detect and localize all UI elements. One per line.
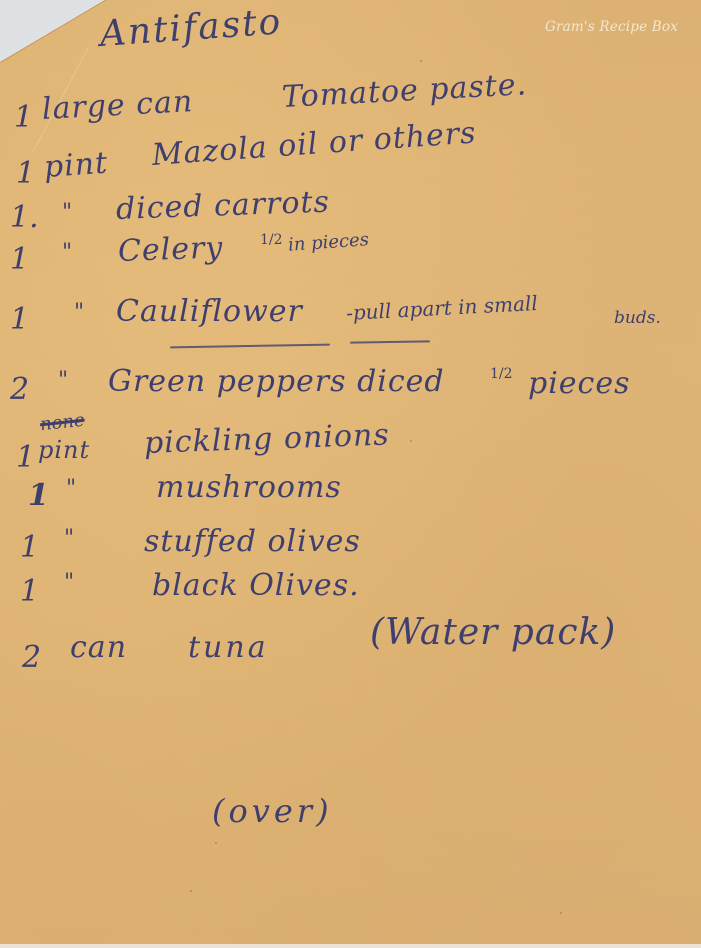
- ingredient-unit: can: [70, 630, 127, 665]
- ditto-mark: ": [62, 200, 72, 225]
- ingredient-unit: pint: [38, 436, 90, 464]
- ingredient-item: Cauliflower: [116, 294, 303, 329]
- over-note: (over): [212, 792, 333, 830]
- ingredient-note: (Water pack): [370, 612, 616, 653]
- paper-speck: [190, 890, 192, 892]
- ditto-mark: ": [66, 476, 76, 501]
- card-bottom-edge: [0, 944, 701, 948]
- ditto-mark: ": [64, 570, 74, 595]
- ingredient-qty: 2: [10, 372, 29, 407]
- ingredient-qty: 1: [28, 478, 49, 513]
- ingredient-item: mushrooms: [156, 470, 342, 505]
- ingredient-qty: 1: [16, 440, 35, 475]
- paper-speck: [560, 912, 562, 914]
- ditto-mark: ": [62, 240, 72, 265]
- paper-speck: [410, 440, 412, 442]
- ingredient-item: Celery: [117, 230, 224, 269]
- ingredient-note: pieces: [528, 366, 631, 401]
- ditto-mark: ": [64, 526, 74, 551]
- ingredient-item: diced carrots: [115, 185, 330, 227]
- watermark: Gram's Recipe Box: [545, 19, 678, 35]
- fraction: 1/2: [490, 368, 513, 380]
- ingredient-item: tuna: [188, 630, 269, 665]
- ditto-mark: ": [58, 368, 68, 393]
- ingredient-qty: 1: [14, 100, 33, 135]
- ingredient-item: Green peppers diced: [108, 364, 445, 399]
- ingredient-qty: 2: [22, 640, 41, 675]
- ingredient-qty: 1: [10, 242, 29, 277]
- ingredient-qty: 1: [20, 574, 39, 609]
- ingredient-item: black Olives.: [152, 568, 360, 603]
- ditto-mark: ": [74, 300, 84, 325]
- ingredient-note-continued: buds.: [614, 308, 661, 328]
- ingredient-qty: 1: [20, 530, 39, 565]
- paper-speck: [215, 842, 217, 844]
- ingredient-unit: pint: [43, 146, 109, 185]
- paper-speck: [420, 60, 422, 62]
- fraction: 1/2: [260, 234, 283, 246]
- ingredient-item: stuffed olives: [144, 524, 361, 559]
- ingredient-qty: 1.: [10, 200, 39, 235]
- ingredient-qty: 1: [10, 302, 29, 337]
- ingredient-qty: 1: [16, 156, 35, 191]
